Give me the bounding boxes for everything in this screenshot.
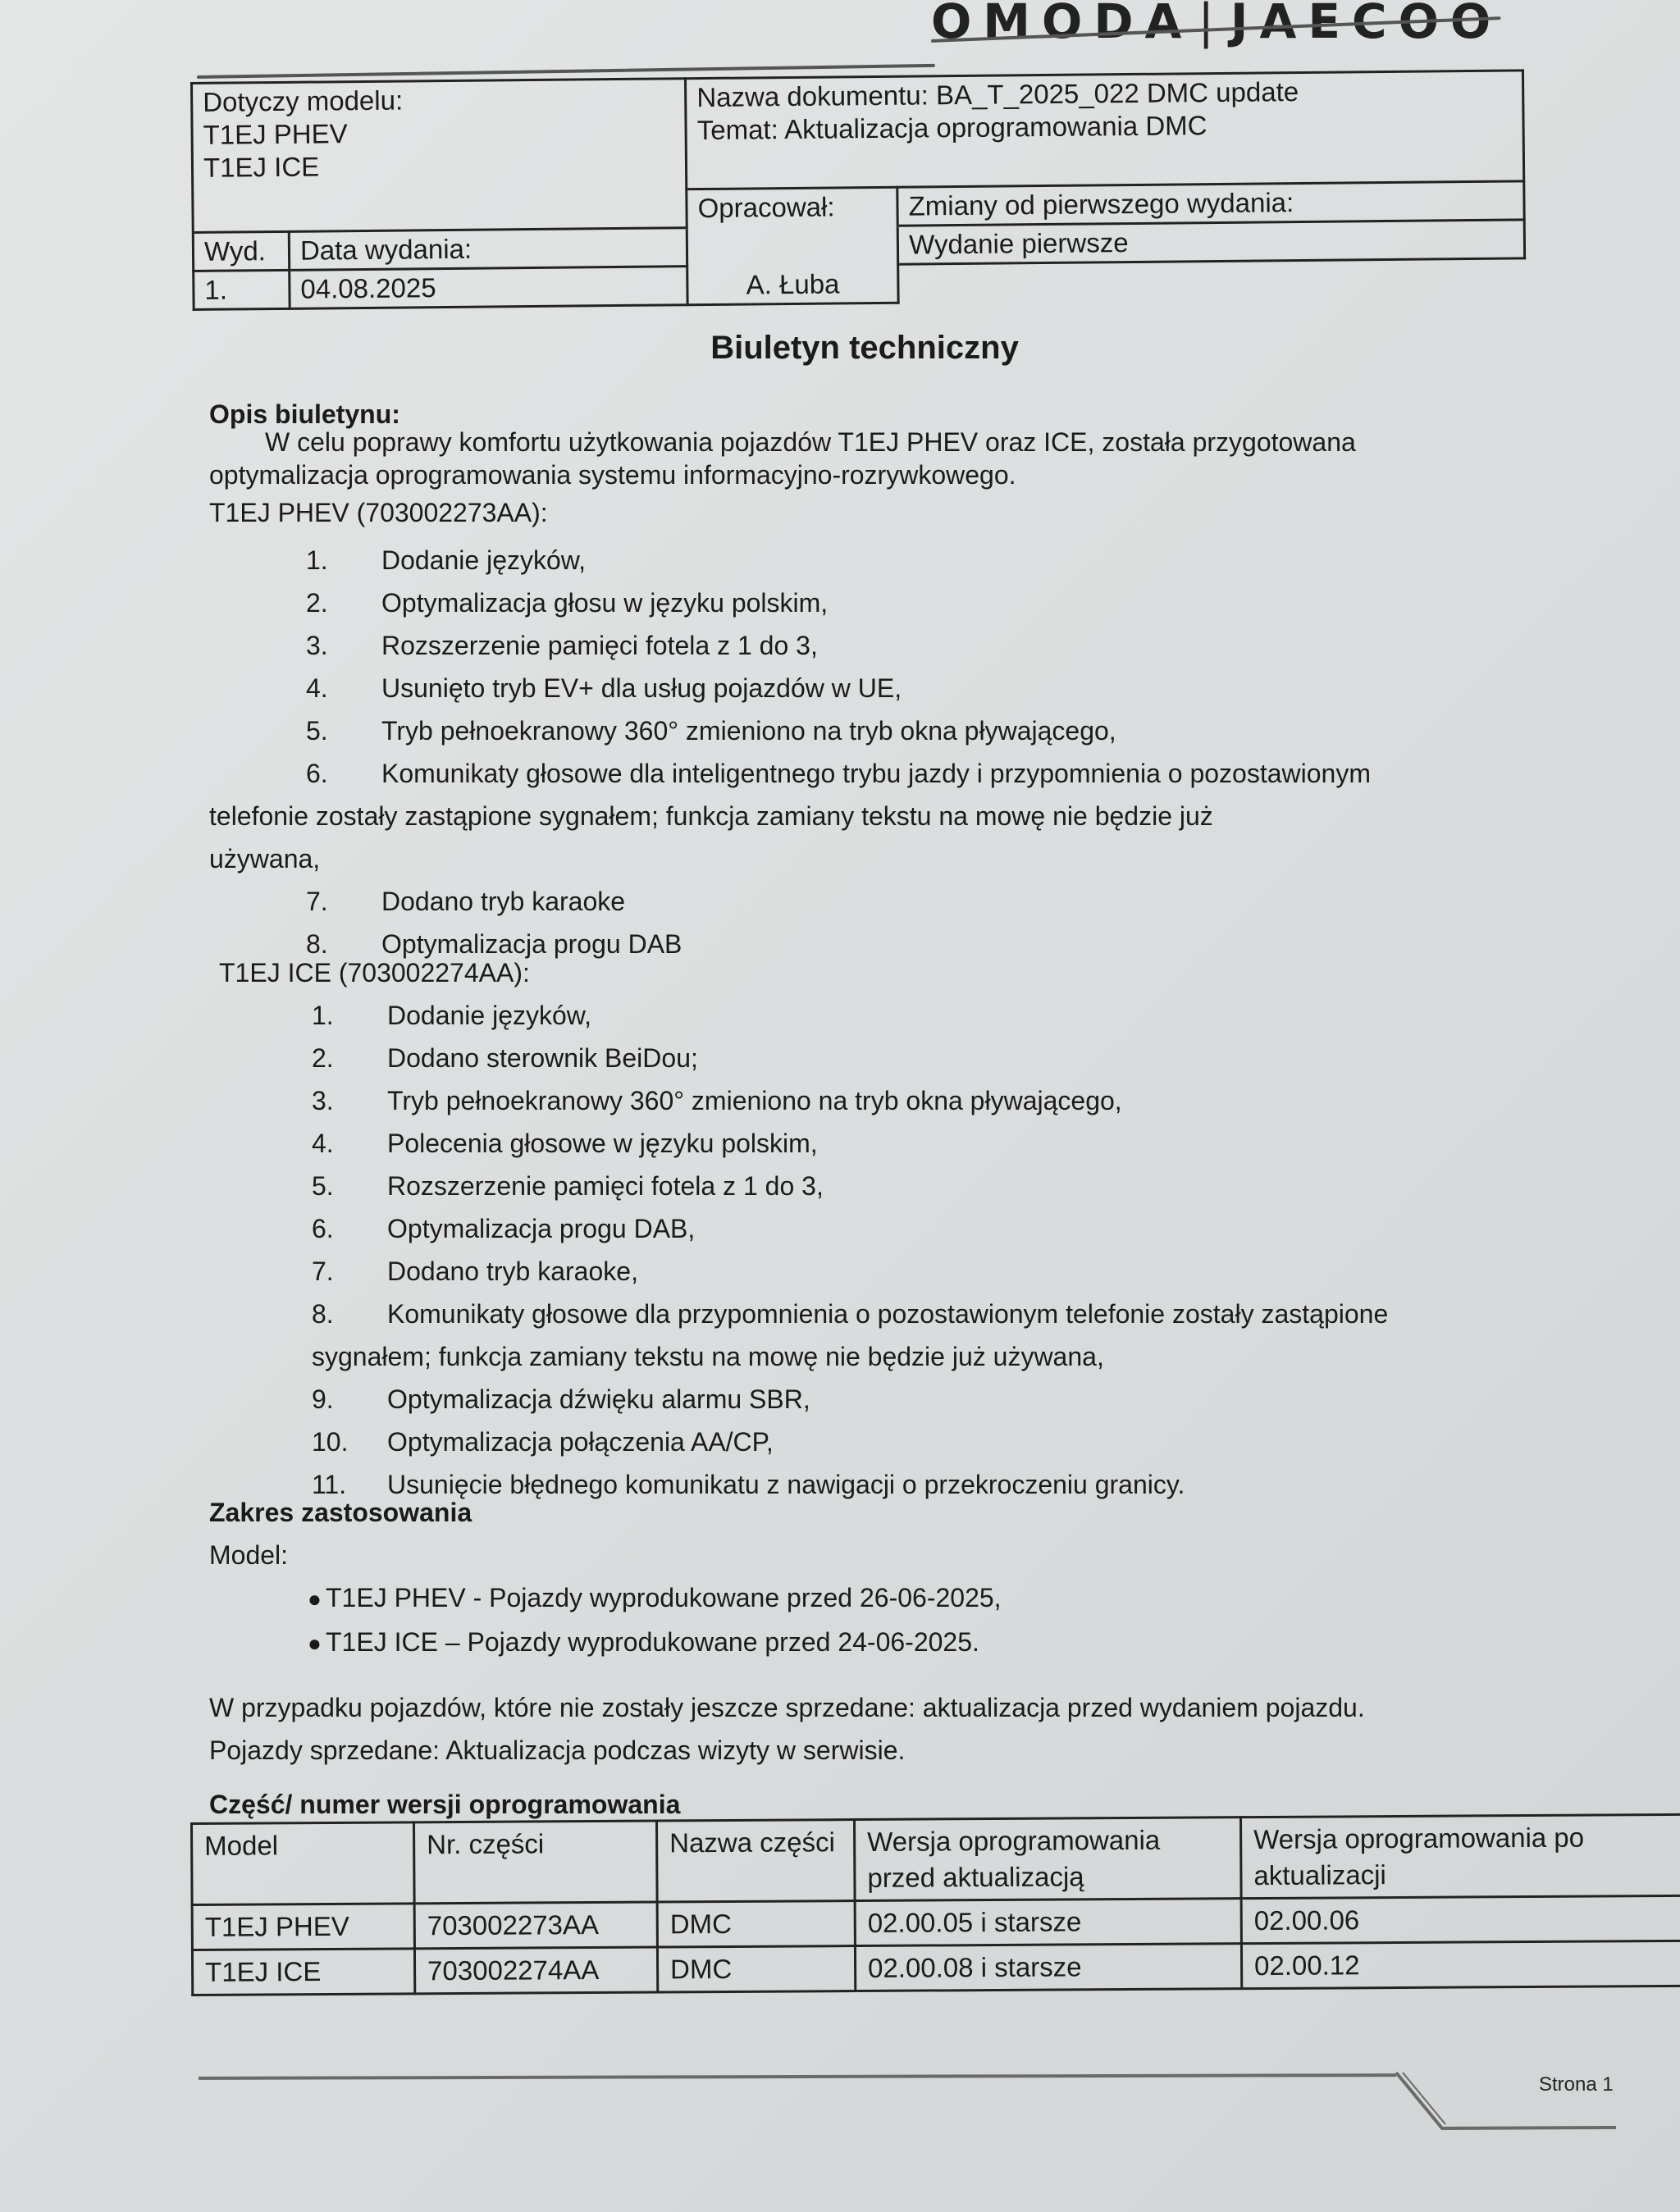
scope-note-sold: Pojazdy sprzedane: Aktualizacja podczas … [209, 1729, 1522, 1772]
brand-separator: | [1198, 0, 1226, 49]
list-item: 2.Dodano sterownik BeiDou; [209, 1037, 1522, 1079]
list-item-continuation: sygnałem; funkcja zamiany tekstu na mowę… [209, 1335, 1522, 1378]
list-item: 10.Optymalizacja połączenia AA/CP, [209, 1421, 1522, 1463]
list-item: 1.Dodanie języków, [209, 994, 1522, 1037]
list-item: 5.Tryb pełnoekranowy 360° zmieniono na t… [209, 709, 1522, 752]
list-item: 6.Komunikaty głosowe dla inteligentnego … [209, 752, 1522, 795]
column-header: Nr. części [414, 1821, 658, 1904]
brand-left: OMODA [931, 0, 1193, 49]
phev-heading: T1EJ PHEV (703002273AA): [209, 496, 1522, 529]
document-name-cell: Nazwa dokumentu: BA_T_2025_022 DMC updat… [686, 71, 1524, 189]
list-item: 2.Optymalizacja głosu w języku polskim, [209, 582, 1522, 624]
list-item: 4.Polecenia głosowe w języku polskim, [209, 1122, 1522, 1165]
list-item: 6.Optymalizacja progu DAB, [209, 1207, 1522, 1250]
bullet-icon: ● [308, 1578, 326, 1621]
description-section: Opis biuletynu: W celu poprawy komfortu … [209, 398, 1522, 529]
model-label: Dotyczy modelu: [203, 81, 675, 119]
ice-list: T1EJ ICE (703002274AA): 1.Dodanie językó… [209, 951, 1522, 1506]
edition-value: 1. [194, 270, 290, 309]
document-meta-table: Dotyczy modelu: T1EJ PHEV T1EJ ICE Nazwa… [190, 69, 1527, 311]
list-item: 3.Tryb pełnoekranowy 360° zmieniono na t… [209, 1079, 1522, 1122]
list-item: 1.Dodanie języków, [209, 539, 1522, 582]
scope-bullet: ●T1EJ PHEV - Pojazdy wyprodukowane przed… [209, 1576, 1522, 1621]
ice-heading: T1EJ ICE (703002274AA): [209, 951, 1522, 994]
column-header: Model [192, 1822, 415, 1905]
list-item: 4.Usunięto tryb EV+ dla usług pojazdów w… [209, 667, 1522, 709]
document-title: Biuletyn techniczny [0, 330, 1680, 367]
scope-note-unsold: W przypadku pojazdów, które nie zostały … [209, 1686, 1522, 1729]
bullet-icon: ● [308, 1622, 326, 1665]
footer-rule [199, 2073, 1396, 2080]
description-intro-1: W celu poprawy komfortu użytkowania poja… [209, 426, 1522, 458]
page-number: Strona 1 [1539, 2073, 1614, 2096]
column-header: Wersja oprogramowania przed aktualizacją [854, 1817, 1241, 1901]
changes-label: Zmiany od pierwszego wydania: [897, 181, 1524, 226]
list-item-continuation: telefonie zostały zastąpione sygnałem; f… [209, 795, 1522, 837]
table-header-row: Model Nr. części Nazwa części Wersja opr… [192, 1814, 1680, 1904]
software-version-table: Model Nr. części Nazwa części Wersja opr… [190, 1813, 1680, 1996]
list-item: 8.Komunikaty głosowe dla przypomnienia o… [209, 1293, 1522, 1335]
date-value: 04.08.2025 [290, 267, 688, 309]
author-value: A. Łuba [687, 226, 898, 304]
phev-list: 1.Dodanie języków, 2.Optymalizacja głosu… [209, 539, 1522, 965]
list-item: 7.Dodano tryb karaoke, [209, 1250, 1522, 1293]
scope-bullet: ●T1EJ ICE – Pojazdy wyprodukowane przed … [209, 1621, 1522, 1665]
list-item: 5.Rozszerzenie pamięci fotela z 1 do 3, [209, 1165, 1522, 1207]
author-label: Opracował: [687, 187, 897, 227]
date-label: Data wydania: [289, 228, 687, 271]
empty-cell [898, 258, 1525, 303]
model-ice: T1EJ ICE [203, 147, 676, 185]
list-item: 3.Rozszerzenie pamięci fotela z 1 do 3, [209, 624, 1522, 667]
scope-section: Zakres zastosowania Model: ●T1EJ PHEV - … [209, 1491, 1522, 1772]
list-item-continuation: używana, [209, 837, 1522, 880]
scope-heading: Zakres zastosowania [209, 1491, 1522, 1534]
list-item: 7.Dodano tryb karaoke [209, 880, 1522, 923]
table-row: T1EJ ICE 703002274AA DMC 02.00.08 i star… [192, 1941, 1680, 1995]
model-phev: T1EJ PHEV [203, 114, 675, 152]
brand-logo: OMODA|JAECOO [931, 0, 1502, 49]
list-item: 9.Optymalizacja dźwięku alarmu SBR, [209, 1378, 1522, 1421]
column-header: Wersja oprogramowania po aktualizacji [1240, 1814, 1680, 1898]
document-topic: Temat: Aktualizacja oprogramowania DMC [697, 107, 1513, 148]
description-intro-2: optymalizacja oprogramowania systemu inf… [209, 458, 1522, 491]
model-cell: Dotyczy modelu: T1EJ PHEV T1EJ ICE [192, 79, 687, 233]
column-header: Nazwa części [656, 1820, 855, 1902]
scope-model-label: Model: [209, 1534, 1522, 1576]
changes-value: Wydanie pierwsze [897, 220, 1524, 264]
edition-label: Wyd. [193, 231, 289, 271]
